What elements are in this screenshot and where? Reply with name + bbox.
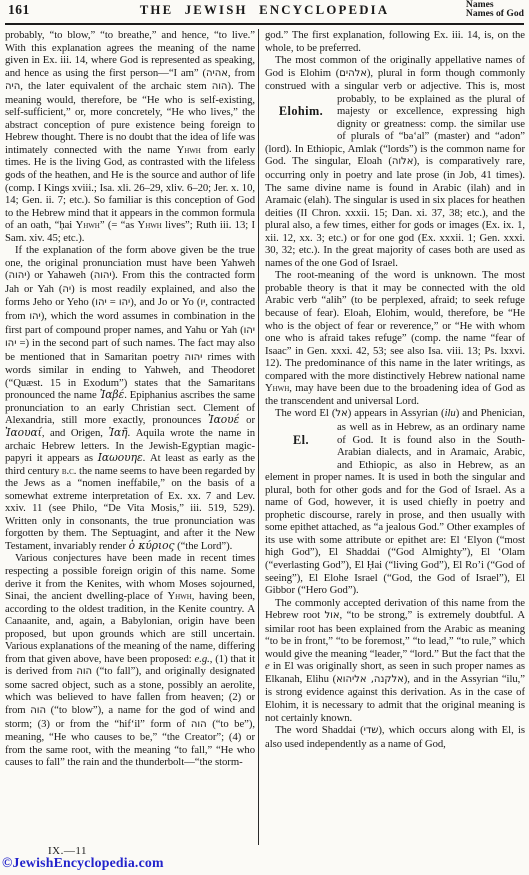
hebrew-term: אלהים: [339, 68, 367, 79]
paragraph: The commonly accepted derivation of this…: [265, 597, 525, 724]
hebrew-term: יהו: [244, 325, 255, 336]
hebrew-term: אלקנה, אליהוא: [336, 674, 404, 685]
text-segment: Yhwh: [138, 219, 162, 231]
cutin-heading-el: El.: [265, 421, 337, 459]
paragraph: god.” The first explanation, following E…: [265, 29, 525, 54]
text-segment: or: [239, 414, 255, 426]
hebrew-term: הוה: [76, 666, 92, 677]
greek-term: Ιαωουηε: [98, 451, 143, 464]
cutin-label: Elohim.: [279, 105, 323, 118]
hebrew-term: יה: [62, 284, 71, 295]
text-segment: =: [107, 296, 119, 308]
text-segment: Yhwh: [177, 144, 201, 156]
text-columns: probably, “to blow,” “to breathe,” and h…: [5, 29, 525, 845]
text-segment: The root-meaning of the word is unknown.…: [265, 269, 525, 381]
hebrew-term: יהוה: [184, 352, 202, 363]
text-segment: ) or Yahaweh (: [26, 269, 93, 281]
text-segment: , and Origen,: [42, 427, 109, 439]
hebrew-term: היה: [5, 81, 20, 92]
greek-term: Ἰαουέ: [208, 413, 239, 426]
greek-term: Ἰαουαί: [5, 426, 42, 439]
encyclopedia-page: 161 THE JEWISH ENCYCLOPEDIA Names Names …: [0, 0, 529, 875]
text-segment: god.” The first explanation, following E…: [265, 29, 525, 54]
greek-term: Ἰαῆ: [108, 426, 127, 439]
hebrew-term: הוה: [212, 81, 228, 92]
running-head-topic: Names Names of God: [466, 0, 524, 19]
cutin-label: El.: [293, 434, 309, 447]
hebrew-term: שדי: [364, 725, 379, 736]
text-segment: The word El (: [275, 407, 335, 419]
text-segment: Yhwh: [76, 219, 100, 231]
right-column: god.” The first explanation, following E…: [265, 29, 525, 845]
text-segment: ” (= “as: [100, 219, 138, 231]
hebrew-term: יהוה: [9, 270, 27, 281]
text-segment: b.c.: [62, 465, 76, 477]
text-segment: (“the Lord”).: [174, 540, 232, 552]
left-column: probably, “to blow,” “to breathe,” and h…: [5, 29, 255, 845]
text-segment: , the later equivalent of the archaic st…: [20, 80, 212, 92]
paragraph: The root-meaning of the word is unknown.…: [265, 269, 525, 407]
hebrew-term: הוה: [30, 705, 46, 716]
topic-line-2: Names of God: [466, 9, 524, 18]
text-segment: ) appears in Assyrian (: [348, 407, 445, 419]
paragraph: Various conjectures have been made in re…: [5, 552, 255, 768]
hebrew-term: יהוה: [94, 270, 112, 281]
hebrew-term: יהו: [95, 297, 106, 308]
text-segment: e.g.: [195, 653, 210, 665]
hebrew-term: אהיה: [206, 68, 228, 79]
text-segment: Yhwh: [167, 590, 191, 602]
running-title: THE JEWISH ENCYCLOPEDIA: [0, 3, 529, 18]
page-header: 161 THE JEWISH ENCYCLOPEDIA Names Names …: [0, 0, 529, 23]
column-divider: [258, 29, 259, 845]
paragraph-el: The word El (אל) appears in Assyrian (il…: [265, 407, 525, 596]
greek-term: ὁ κύριος: [129, 539, 175, 552]
text-segment: The word Shaddai (: [275, 724, 364, 736]
hebrew-term: אל: [335, 408, 347, 419]
header-rule: [5, 23, 524, 25]
text-segment: ), is comparatively rare, occurring only…: [265, 155, 525, 268]
text-segment: Yhwh: [265, 382, 289, 394]
cutin-heading-elohim: Elohim.: [265, 93, 337, 131]
text-segment: , from: [228, 67, 255, 79]
text-segment: ), and Jo or Yo (: [130, 296, 200, 308]
hebrew-term: יהו: [119, 297, 130, 308]
text-segment: ilu: [445, 407, 456, 419]
paragraph: probably, “to blow,” “to breathe,” and h…: [5, 29, 255, 244]
paragraph-elohim: The most common of the originally appell…: [265, 54, 525, 269]
hebrew-term: הוה: [191, 719, 207, 730]
hebrew-term: יהו: [5, 338, 16, 349]
greek-term: Ἰαβέ: [100, 388, 125, 401]
hebrew-term: יהו: [29, 311, 40, 322]
jewishencyclopedia-watermark-link[interactable]: ©JewishEncyclopedia.com: [2, 855, 164, 871]
paragraph: If the explanation of the form above giv…: [5, 244, 255, 552]
text-segment: , may have been due to the broadening id…: [265, 382, 525, 407]
text-segment: from early times. He is the living God, …: [5, 144, 255, 231]
paragraph: The word Shaddai (שדי), which occurs alo…: [265, 724, 525, 750]
text-segment: ), which the word assumes in combination…: [5, 310, 255, 336]
hebrew-term: אלוה: [392, 156, 414, 167]
hebrew-term: אול: [325, 610, 340, 621]
